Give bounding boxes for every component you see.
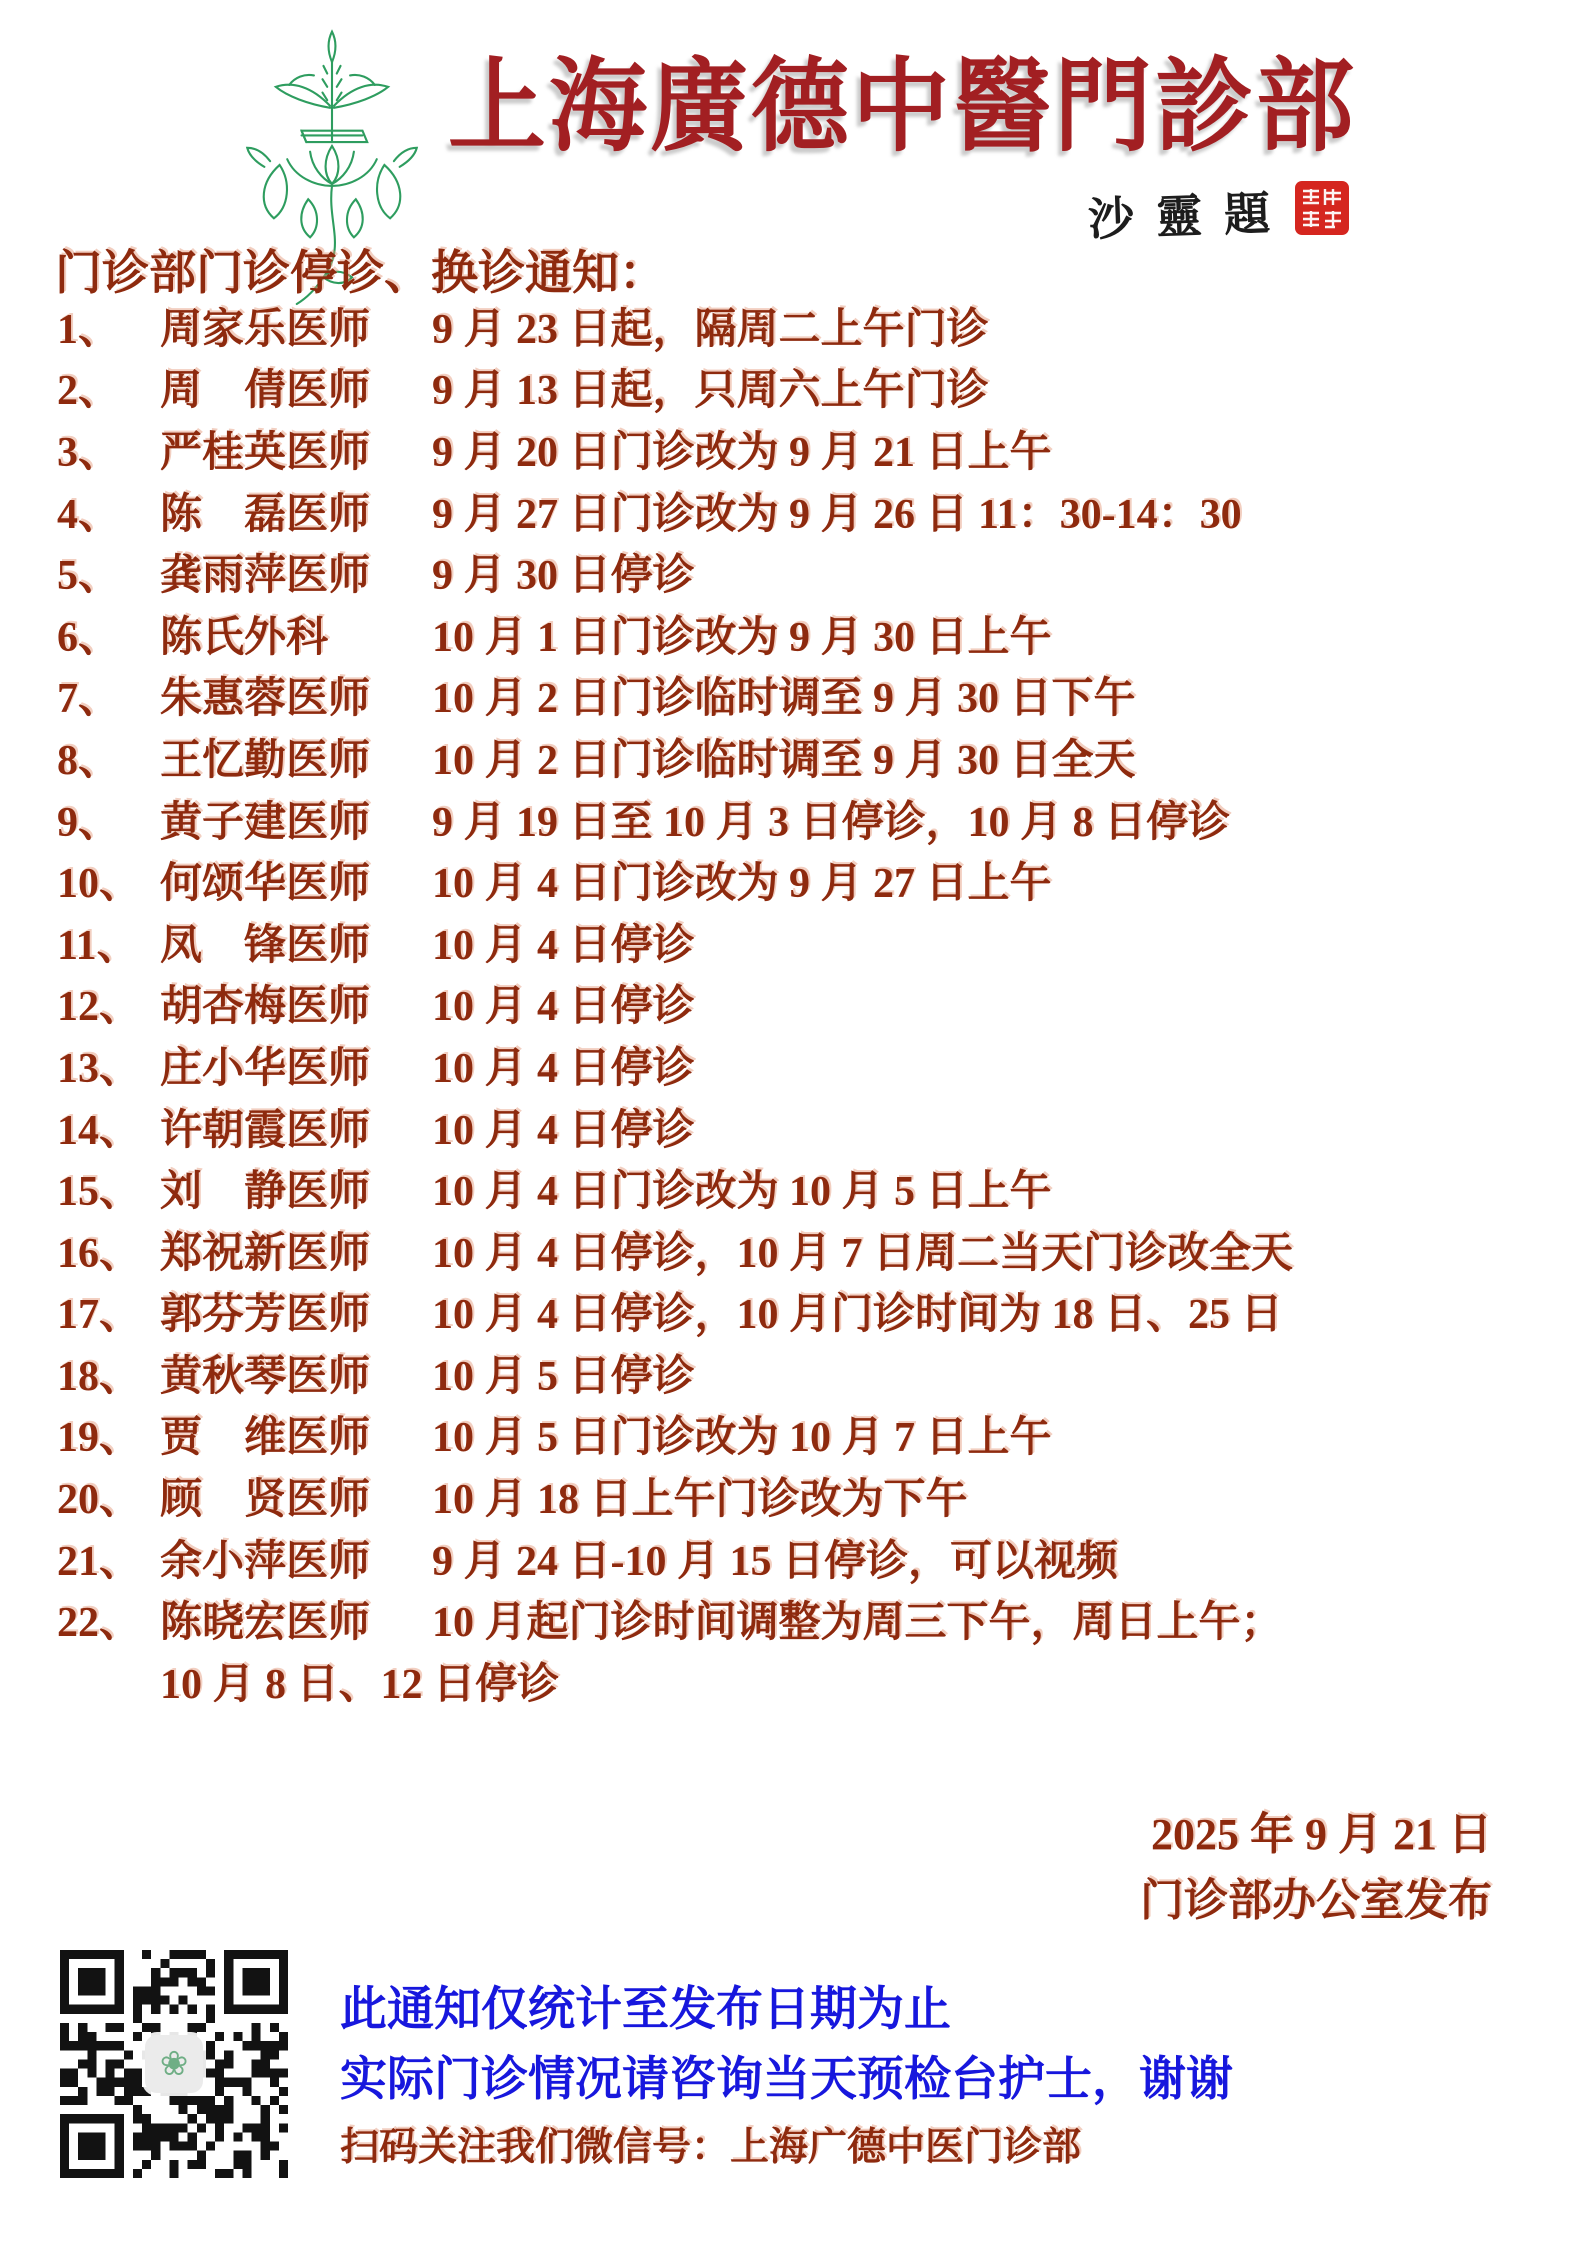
doctor-name: 严桂英医师 <box>160 419 432 479</box>
doctor-name: 黄秋琴医师 <box>160 1343 432 1403</box>
list-item: 16、 郑祝新医师 10 月 4 日停诊，10 月 7 日周二当天门诊改全天 <box>0 1219 1588 1281</box>
qr-center-logo-icon: ❀ <box>145 2035 203 2093</box>
wechat-qr-code: ❀ <box>60 1950 288 2178</box>
note-scope: 此通知仅统计至发布日期为止 <box>340 1972 951 2039</box>
schedule-detail: 10 月起门诊时间调整为周三下午，周日上午； <box>432 1589 1588 1649</box>
doctor-name: 刘 静医师 <box>160 1158 432 1218</box>
item-number: 6、 <box>57 604 160 664</box>
list-item: 5、 龚雨萍医师 9 月 30 日停诊 <box>0 541 1588 603</box>
doctor-name: 何颂华医师 <box>160 850 432 910</box>
item-number: 2、 <box>57 357 160 417</box>
schedule-detail: 10 月 4 日停诊，10 月门诊时间为 18 日、25 日 <box>432 1281 1588 1341</box>
doctor-name: 朱惠蓉医师 <box>160 665 432 725</box>
item-number: 9、 <box>57 789 160 849</box>
doctor-name: 贾 维医师 <box>160 1404 432 1464</box>
item-number: 16、 <box>57 1220 160 1280</box>
item-number: 18、 <box>57 1343 160 1403</box>
doctor-name: 余小萍医师 <box>160 1528 432 1588</box>
doctor-name: 王忆勤医师 <box>160 727 432 787</box>
list-item: 6、 陈氏外科 10 月 1 日门诊改为 9 月 30 日上午 <box>0 603 1588 665</box>
doctor-name: 周家乐医师 <box>160 296 432 356</box>
doctor-name: 顾 贤医师 <box>160 1466 432 1526</box>
item-number: 19、 <box>57 1404 160 1464</box>
list-item: 15、 刘 静医师 10 月 4 日门诊改为 10 月 5 日上午 <box>0 1157 1588 1219</box>
schedule-detail: 10 月 4 日停诊，10 月 7 日周二当天门诊改全天 <box>432 1220 1588 1280</box>
list-item: 21、 余小萍医师 9 月 24 日-10 月 15 日停诊，可以视频 <box>0 1527 1588 1589</box>
schedule-detail: 10 月 4 日停诊 <box>432 912 1588 972</box>
schedule-change-list: 1、 周家乐医师 9 月 23 日起，隔周二上午门诊 2、 周 倩医师 9 月 … <box>0 295 1588 1712</box>
item-number: 20、 <box>57 1466 160 1526</box>
schedule-detail: 9 月 24 日-10 月 15 日停诊，可以视频 <box>432 1528 1588 1588</box>
schedule-detail: 10 月 18 日上午门诊改为下午 <box>432 1466 1588 1526</box>
doctor-name: 陈 磊医师 <box>160 481 432 541</box>
note-wechat-follow: 扫码关注我们微信号：上海广德中医门诊部 <box>340 2116 1081 2172</box>
schedule-detail: 10 月 5 日停诊 <box>432 1343 1588 1403</box>
list-item: 11、 凤 锋医师 10 月 4 日停诊 <box>0 911 1588 973</box>
schedule-detail: 9 月 30 日停诊 <box>432 542 1588 602</box>
schedule-detail: 10 月 4 日停诊 <box>432 1097 1588 1157</box>
list-item: 12、 胡杏梅医师 10 月 4 日停诊 <box>0 973 1588 1035</box>
schedule-detail: 10 月 4 日停诊 <box>432 973 1588 1033</box>
item-number: 14、 <box>57 1097 160 1157</box>
list-item: 13、 庄小华医师 10 月 4 日停诊 <box>0 1034 1588 1096</box>
item-number: 1、 <box>57 296 160 356</box>
schedule-detail: 10 月 2 日门诊临时调至 9 月 30 日下午 <box>432 665 1588 725</box>
list-item: 17、 郭芬芳医师 10 月 4 日停诊，10 月门诊时间为 18 日、25 日 <box>0 1281 1588 1343</box>
list-item: 3、 严桂英医师 9 月 20 日门诊改为 9 月 21 日上午 <box>0 418 1588 480</box>
schedule-detail: 10 月 4 日门诊改为 10 月 5 日上午 <box>432 1158 1588 1218</box>
schedule-detail: 10 月 1 日门诊改为 9 月 30 日上午 <box>432 604 1588 664</box>
list-item: 2、 周 倩医师 9 月 13 日起，只周六上午门诊 <box>0 357 1588 419</box>
item-number: 4、 <box>57 481 160 541</box>
list-item: 4、 陈 磊医师 9 月 27 日门诊改为 9 月 26 日 11：30-14：… <box>0 480 1588 542</box>
schedule-detail: 10 月 4 日停诊 <box>432 1035 1588 1095</box>
list-item: 22、 陈晓宏医师 10 月起门诊时间调整为周三下午，周日上午； <box>0 1588 1588 1650</box>
list-item: 7、 朱惠蓉医师 10 月 2 日门诊临时调至 9 月 30 日下午 <box>0 665 1588 727</box>
item-number: 7、 <box>57 665 160 725</box>
schedule-detail: 10 月 2 日门诊临时调至 9 月 30 日全天 <box>432 727 1588 787</box>
doctor-name: 胡杏梅医师 <box>160 973 432 1033</box>
item-number: 13、 <box>57 1035 160 1095</box>
schedule-detail: 9 月 19 日至 10 月 3 日停诊，10 月 8 日停诊 <box>432 789 1588 849</box>
item-number: 11、 <box>57 912 160 972</box>
schedule-detail: 10 月 5 日门诊改为 10 月 7 日上午 <box>432 1404 1588 1464</box>
item-number: 8、 <box>57 727 160 787</box>
schedule-detail: 9 月 20 日门诊改为 9 月 21 日上午 <box>432 419 1588 479</box>
schedule-detail: 10 月 8 日、12 日停诊 <box>160 1651 559 1711</box>
doctor-name: 庄小华医师 <box>160 1035 432 1095</box>
item-number: 15、 <box>57 1158 160 1218</box>
item-number: 21、 <box>57 1528 160 1588</box>
doctor-name: 龚雨萍医师 <box>160 542 432 602</box>
list-item: 18、 黄秋琴医师 10 月 5 日停诊 <box>0 1342 1588 1404</box>
doctor-name: 郑祝新医师 <box>160 1220 432 1280</box>
list-item-continuation: 10 月 8 日、12 日停诊 <box>0 1650 1588 1712</box>
schedule-detail: 10 月 4 日门诊改为 9 月 27 日上午 <box>432 850 1588 910</box>
list-item: 8、 王忆勤医师 10 月 2 日门诊临时调至 9 月 30 日全天 <box>0 726 1588 788</box>
list-item: 14、 许朝霞医师 10 月 4 日停诊 <box>0 1096 1588 1158</box>
issue-block: 2025 年 9 月 21 日 门诊部办公室发布 <box>1140 1802 1492 1934</box>
issuer: 门诊部办公室发布 <box>1140 1868 1492 1934</box>
schedule-detail: 9 月 27 日门诊改为 9 月 26 日 11：30-14：30 <box>432 481 1588 541</box>
clinic-title: 上海廣德中醫門診部 <box>448 50 1348 166</box>
note-ask-nurse: 实际门诊情况请咨询当天预检台护士，谢谢 <box>340 2042 1233 2109</box>
schedule-detail: 9 月 23 日起，隔周二上午门诊 <box>432 296 1588 356</box>
item-number: 22、 <box>57 1589 160 1649</box>
doctor-name: 黄子建医师 <box>160 789 432 849</box>
item-number: 3、 <box>57 419 160 479</box>
item-number: 17、 <box>57 1281 160 1341</box>
item-number: 5、 <box>57 542 160 602</box>
notice-heading: 门诊部门诊停诊、换诊通知： <box>55 236 666 303</box>
calligrapher-signature: 沙靈題 <box>1087 176 1293 249</box>
list-item: 19、 贾 维医师 10 月 5 日门诊改为 10 月 7 日上午 <box>0 1404 1588 1466</box>
doctor-name: 陈氏外科 <box>160 604 432 664</box>
doctor-name: 周 倩医师 <box>160 357 432 417</box>
doctor-name: 郭芬芳医师 <box>160 1281 432 1341</box>
red-seal-stamp-icon <box>1294 180 1350 241</box>
list-item: 1、 周家乐医师 9 月 23 日起，隔周二上午门诊 <box>0 295 1588 357</box>
item-number: 12、 <box>57 973 160 1033</box>
list-item: 9、 黄子建医师 9 月 19 日至 10 月 3 日停诊，10 月 8 日停诊 <box>0 788 1588 850</box>
list-item: 20、 顾 贤医师 10 月 18 日上午门诊改为下午 <box>0 1465 1588 1527</box>
notice-document: 上海廣德中醫門診部 沙靈題 门诊部门诊停诊、换诊通知： 1、 周家乐医师 9 月… <box>0 0 1588 2245</box>
doctor-name: 陈晓宏医师 <box>160 1589 432 1649</box>
list-item: 10、 何颂华医师 10 月 4 日门诊改为 9 月 27 日上午 <box>0 849 1588 911</box>
schedule-detail: 9 月 13 日起，只周六上午门诊 <box>432 357 1588 417</box>
issue-date: 2025 年 9 月 21 日 <box>1140 1802 1492 1868</box>
doctor-name: 许朝霞医师 <box>160 1097 432 1157</box>
doctor-name: 凤 锋医师 <box>160 912 432 972</box>
item-number: 10、 <box>57 850 160 910</box>
signature-row: 沙靈題 <box>1088 180 1350 246</box>
